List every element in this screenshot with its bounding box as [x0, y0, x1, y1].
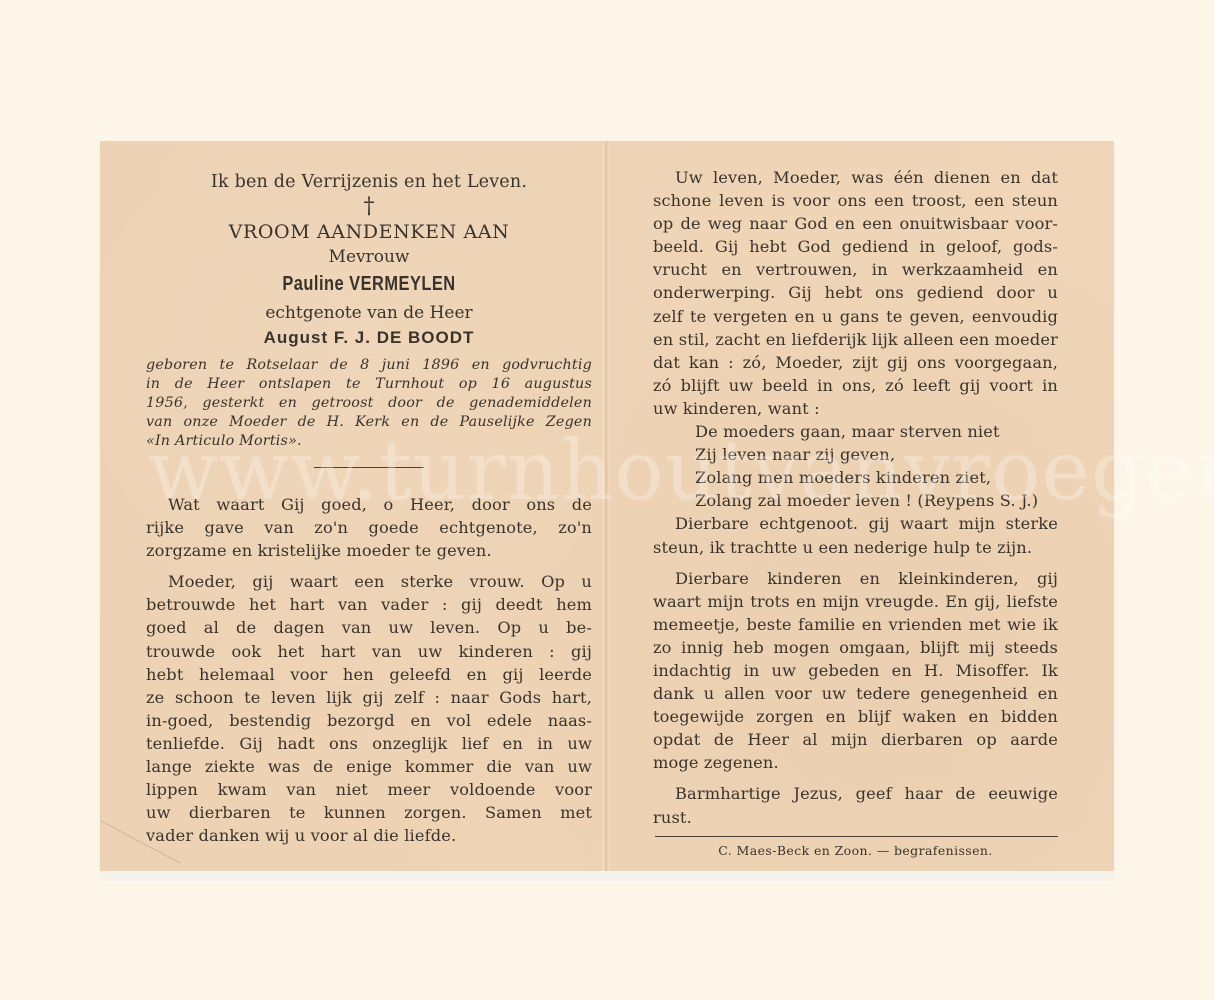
text-line: hebt helemaal voor hen geleefd en gij le… [146, 663, 592, 686]
text-line: in-goed, bestendig bezorgd en vol edele … [146, 709, 592, 732]
text-line: zo innig heb mogen omgaan, blijft mij st… [653, 636, 1058, 659]
text-line: lange ziekte was de enige kommer die van… [146, 755, 592, 778]
text-line: Wat waart Gij goed, o Heer, door ons de [146, 493, 592, 516]
text-line: Dierbare kinderen en kleinkinderen, gij [653, 567, 1058, 590]
text-line: uw kinderen, want : [653, 397, 1058, 420]
poem-line: Zolang men moeders kinderen ziet, [695, 466, 1058, 489]
text-line: Moeder, gij waart een sterke vrouw. Op u [146, 570, 592, 593]
text-line: rust. [653, 806, 1058, 829]
publisher-credit: C. Maes-Beck en Zoon. — begrafenissen. [653, 843, 1058, 858]
text-line: memeetje, beste familie en vrienden met … [653, 613, 1058, 636]
text-line: toegewijde zorgen en blijf waken en bidd… [653, 705, 1058, 728]
text-line: dank u allen voor uw tedere genegenheid … [653, 682, 1058, 705]
bio-line: geboren te Rotselaar de 8 juni 1896 en g… [146, 356, 592, 375]
text-line: tenliefde. Gij hadt ons onzeglijk lief e… [146, 732, 592, 755]
text-line: opdat de Heer al mijn dierbaren op aarde [653, 728, 1058, 751]
text-line: zó blijft uw beeld in ons, zó leeft gij … [653, 374, 1058, 397]
biography: geboren te Rotselaar de 8 juni 1896 en g… [146, 356, 592, 451]
text-line: rijke gave van zo'n goede echtgenote, zo… [146, 516, 592, 539]
text-line: onderwerping. Gij hebt ons gediend door … [653, 281, 1058, 304]
bio-line: van onze Moeder de H. Kerk en de Pauseli… [146, 413, 592, 432]
text-line: steun, ik trachtte u een nederige hulp t… [653, 536, 1058, 559]
spouse-intro: echtgenote van de Heer [146, 303, 592, 323]
text-line: dat kan : zó, Moeder, zijt gij ons voorg… [653, 351, 1058, 374]
deceased-name: Pauline VERMEYLEN [186, 273, 552, 296]
paragraph: Wat waart Gij goed, o Heer, door ons de … [146, 493, 592, 562]
paragraph: Dierbare echtgenoot. gij waart mijn ster… [653, 512, 1058, 558]
text-line: waart mijn trots en mijn vreugde. En gij… [653, 590, 1058, 613]
paragraph: Uw leven, Moeder, was één dienen en dat … [653, 166, 1058, 420]
text-line: beeld. Gij hebt God gediend in geloof, g… [653, 235, 1058, 258]
text-line: lippen kwam van niet meer voldoende voor [146, 778, 592, 801]
bio-line: 1956, gesterkt en getroost door de genad… [146, 394, 592, 413]
text-line: en stil, zacht en liefderijk lijk alleen… [653, 328, 1058, 351]
left-page: Ik ben de Verrijzenis en het Leven. † VR… [146, 141, 592, 871]
memorial-heading: VROOM AANDENKEN AAN [146, 221, 592, 243]
divider [314, 467, 424, 468]
text-line: Dierbare echtgenoot. gij waart mijn ster… [653, 512, 1058, 535]
bio-line: «In Articulo Mortis». [146, 432, 592, 451]
text-line: trouwde ook het hart van uw kinderen : g… [146, 640, 592, 663]
paragraph: Moeder, gij waart een sterke vrouw. Op u… [146, 570, 592, 847]
paragraph: Dierbare kinderen en kleinkinderen, gij … [653, 567, 1058, 775]
text-line: goed al de dagen van uw leven. Op u be- [146, 616, 592, 639]
text-line: ze schoon te leven lijk gij zelf : naar … [146, 686, 592, 709]
text-line: betrouwde het hart van vader : gij deedt… [146, 593, 592, 616]
right-page: Uw leven, Moeder, was één dienen en dat … [653, 141, 1058, 871]
text-line: uw dierbaren te kunnen zorgen. Samen met [146, 801, 592, 824]
text-line: vrucht en vertrouwen, in werkzaamheid en [653, 258, 1058, 281]
bio-line: in de Heer ontslapen te Turnhout op 16 a… [146, 375, 592, 394]
footer-divider [655, 836, 1058, 837]
text-line: Barmhartige Jezus, geef haar de eeuwige [653, 782, 1058, 805]
text-line: op de weg naar God en een onuitwisbaar v… [653, 212, 1058, 235]
text-line: zorgzame en kristelijke moeder te geven. [146, 539, 592, 562]
memorial-card: Ik ben de Verrijzenis en het Leven. † VR… [100, 141, 1114, 871]
text-line: moge zegenen. [653, 751, 1058, 774]
motto: Ik ben de Verrijzenis en het Leven. [146, 172, 592, 192]
poem-line: De moeders gaan, maar sterven niet [695, 420, 1058, 443]
text-line: zelf te vergeten en u gans te geven, een… [653, 305, 1058, 328]
cross-icon: † [146, 196, 592, 218]
text-line: vader danken wij u voor al die liefde. [146, 824, 592, 847]
tribute-text-continued: Uw leven, Moeder, was één dienen en dat … [653, 166, 1058, 829]
spouse-name: August F. J. DE BOODT [146, 328, 592, 348]
tribute-text: Wat waart Gij goed, o Heer, door ons de … [146, 493, 592, 847]
text-line: schone leven is voor ons een troost, een… [653, 189, 1058, 212]
poem-line: Zolang zal moeder leven ! (Reypens S. J.… [695, 489, 1058, 512]
text-line: Uw leven, Moeder, was één dienen en dat [653, 166, 1058, 189]
text-line: indachtig in uw gebeden en H. Misoffer. … [653, 659, 1058, 682]
poem: De moeders gaan, maar sterven niet Zij l… [653, 420, 1058, 512]
poem-line: Zij leven naar zij geven, [695, 443, 1058, 466]
paragraph: Barmhartige Jezus, geef haar de eeuwige … [653, 782, 1058, 828]
honorific: Mevrouw [146, 247, 592, 267]
card-fold [603, 141, 609, 871]
